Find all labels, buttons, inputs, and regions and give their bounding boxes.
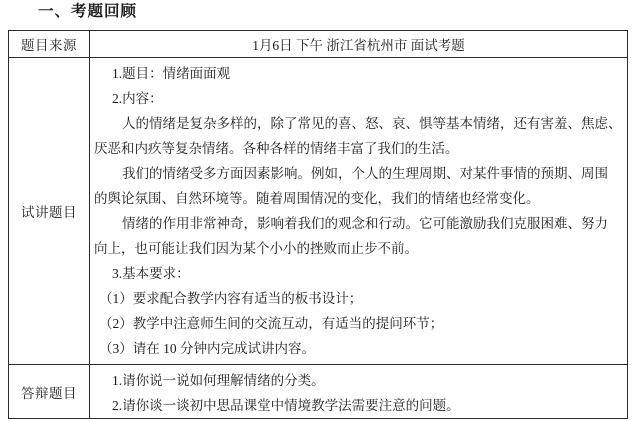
source-row-value: 1月6日 下午 浙江省杭州市 面试考题 bbox=[90, 31, 628, 58]
exam-review-table: 题目来源 1月6日 下午 浙江省杭州市 面试考题 试讲题目 1.题目：情绪面面观… bbox=[8, 30, 628, 419]
table-row-source: 题目来源 1月6日 下午 浙江省杭州市 面试考题 bbox=[9, 31, 628, 58]
lecture-row-content: 1.题目：情绪面面观 2.内容： 人的情绪是复杂多样的，除了常见的喜、怒、哀、惧… bbox=[90, 58, 628, 365]
defense-line: 2.请你谈一谈初中思品课堂中情境教学法需要注意的问题。 bbox=[94, 393, 625, 418]
lecture-line: 人的情绪是复杂多样的，除了常见的喜、怒、哀、惧等基本情绪，还有害羞、焦虑、 bbox=[94, 111, 625, 136]
source-row-label: 题目来源 bbox=[9, 31, 90, 58]
lecture-line: 2.内容： bbox=[94, 86, 625, 111]
lecture-line: 厌恶和内疚等复杂情绪。各种各样的情绪丰富了我们的生活。 bbox=[94, 136, 625, 161]
lecture-line: 我们的情绪受多方面因素影响。例如，个人的生理周期、对某件事情的预期、周围 bbox=[94, 161, 625, 186]
lecture-line: 情绪的作用非常神奇，影响着我们的观念和行动。它可能激励我们克服困难、努力 bbox=[94, 211, 625, 236]
lecture-line: 向上，也可能让我们因为某个小小的挫败而止步不前。 bbox=[94, 236, 625, 261]
lecture-line: 的舆论氛围、自然环境等。随着周围情况的变化，我们的情绪也经常变化。 bbox=[94, 186, 625, 211]
lecture-line: 3.基本要求： bbox=[94, 261, 625, 286]
defense-row-label: 答辩题目 bbox=[9, 365, 90, 419]
lecture-row-label: 试讲题目 bbox=[9, 58, 90, 365]
lecture-line: （2）教学中注意师生间的交流互动，有适当的提问环节； bbox=[94, 311, 625, 336]
lecture-line: 1.题目：情绪面面观 bbox=[94, 61, 625, 86]
table-row-defense: 答辩题目 1.请你说一说如何理解情绪的分类。 2.请你谈一谈初中思品课堂中情境教… bbox=[9, 365, 628, 419]
lecture-line: （3）请在 10 分钟内完成试讲内容。 bbox=[94, 336, 625, 361]
document-page: 一、考题回顾 题目来源 1月6日 下午 浙江省杭州市 面试考题 试讲题目 1.题… bbox=[0, 0, 644, 421]
defense-line: 1.请你说一说如何理解情绪的分类。 bbox=[94, 368, 625, 393]
defense-row-content: 1.请你说一说如何理解情绪的分类。 2.请你谈一谈初中思品课堂中情境教学法需要注… bbox=[90, 365, 628, 419]
table-row-lecture: 试讲题目 1.题目：情绪面面观 2.内容： 人的情绪是复杂多样的，除了常见的喜、… bbox=[9, 58, 628, 365]
section-heading: 一、考题回顾 bbox=[38, 2, 137, 22]
lecture-line: （1）要求配合教学内容有适当的板书设计； bbox=[94, 286, 625, 311]
